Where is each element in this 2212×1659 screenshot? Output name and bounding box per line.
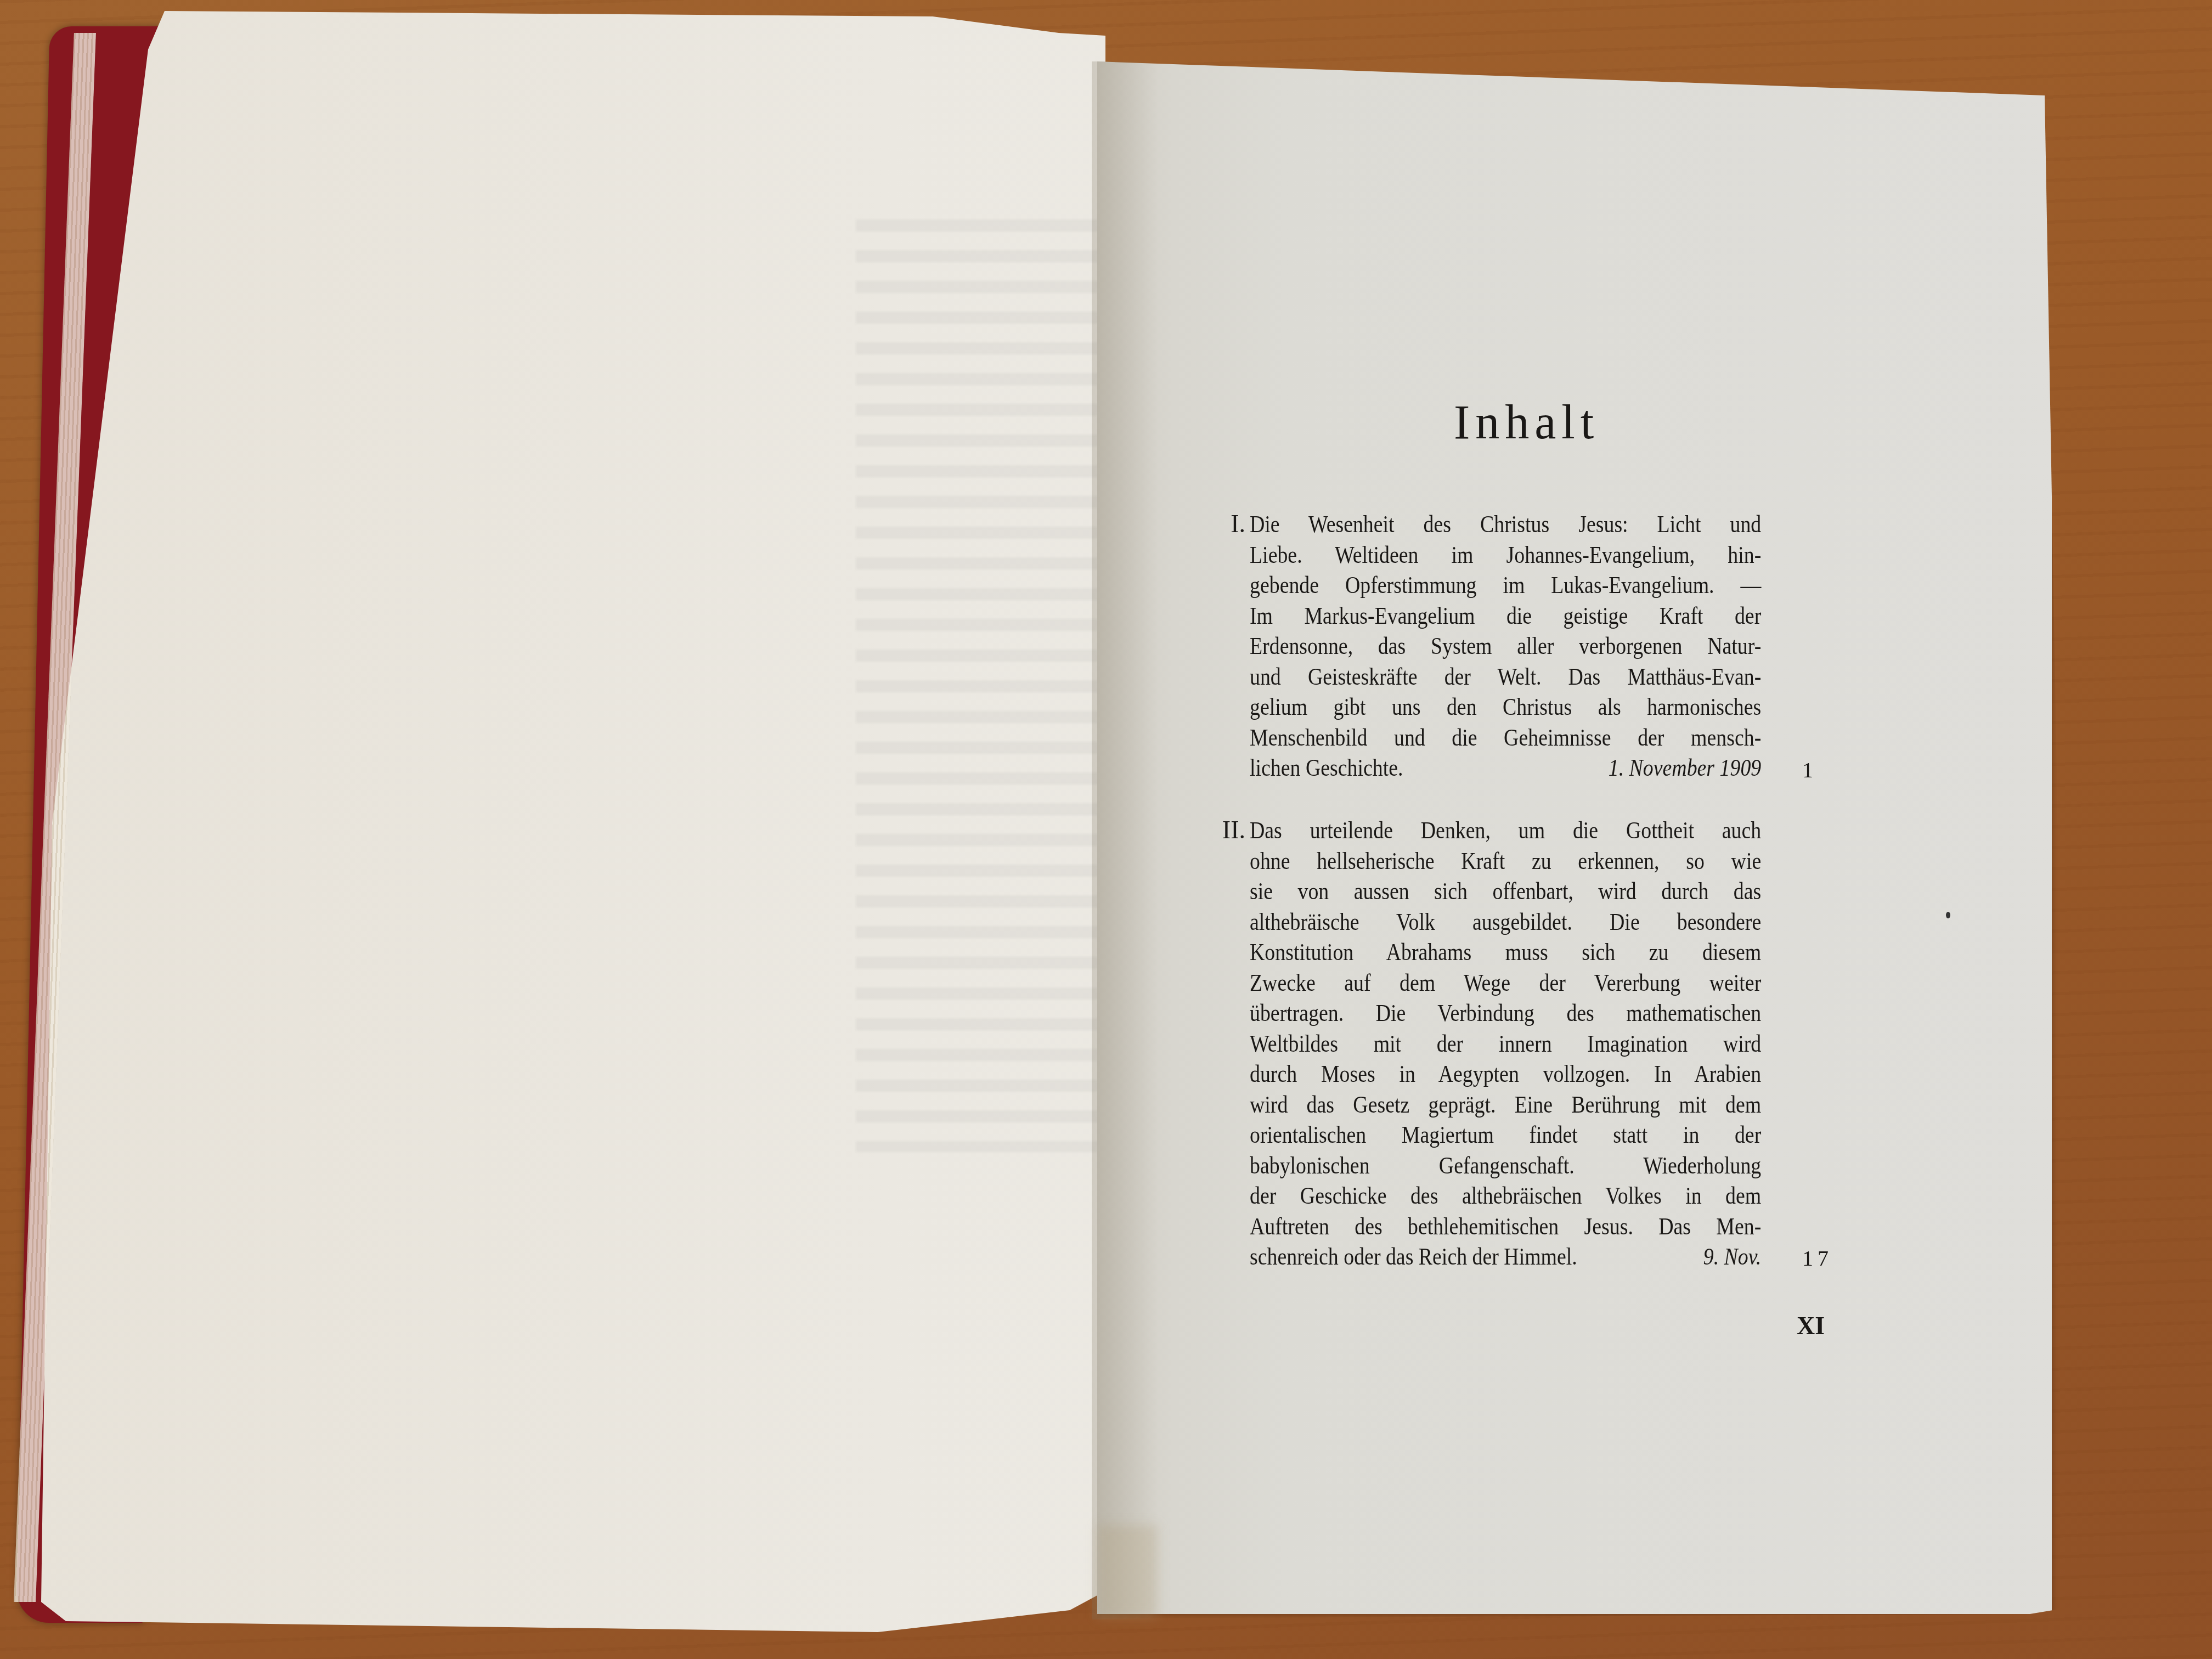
text-line: Liebe. Weltideen im Johannes-Evangelium,… (1250, 540, 1761, 571)
page-number: 17 (1802, 1245, 1833, 1271)
bleed-through-text (856, 219, 1108, 1152)
entry-text: Die Wesenheit des Christus Jesus: Licht … (1250, 509, 1761, 783)
lecture-date: 1. November 1909 (1609, 753, 1762, 783)
paper-speck (1946, 912, 1950, 918)
page-number: 1 (1802, 757, 1818, 783)
text-line: der Geschicke des althebräischen Volkes … (1250, 1181, 1761, 1211)
text-line: und Geisteskräfte der Welt. Das Matthäus… (1250, 662, 1761, 692)
text-line: Menschenbild und die Geheimnisse der men… (1250, 723, 1761, 753)
text-line: gebende Opferstimmung im Lukas-Evangeliu… (1250, 570, 1761, 601)
text-line-end: lichen Geschichte. (1250, 754, 1403, 781)
entry-number: II. (1190, 815, 1245, 844)
text-line: übertragen. Die Verbindung des mathemati… (1250, 998, 1761, 1029)
text-line: sie von aussen sich offenbart, wird durc… (1250, 876, 1761, 907)
entry-text: Das urteilende Denken, um die Gottheit a… (1250, 815, 1761, 1272)
text-line: gelium gibt uns den Christus als harmoni… (1250, 692, 1761, 723)
text-line: ohne hellseherische Kraft zu erkennen, s… (1250, 846, 1761, 877)
text-line: Im Markus-Evangelium die geistige Kraft … (1250, 601, 1761, 631)
page-stain (1097, 1525, 1158, 1618)
page-title: Inhalt (1454, 395, 1599, 450)
text-line: lichen Geschichte.1. November 1909 (1250, 753, 1761, 783)
text-line: schenreich oder das Reich der Himmel.9. … (1250, 1242, 1761, 1272)
folio-number: XI (1797, 1311, 1825, 1340)
text-line: Auftreten des bethlehemitischen Jesus. D… (1250, 1211, 1761, 1242)
text-line: Zwecke auf dem Wege der Vererbung weiter (1250, 968, 1761, 998)
text-line: althebräische Volk ausgebildet. Die beso… (1250, 907, 1761, 938)
text-line: Die Wesenheit des Christus Jesus: Licht … (1250, 509, 1761, 540)
lecture-date: 9. Nov. (1703, 1242, 1761, 1272)
text-line: Erdensonne, das System aller verborgenen… (1250, 631, 1761, 662)
text-line: Das urteilende Denken, um die Gottheit a… (1250, 815, 1761, 846)
text-line-end: schenreich oder das Reich der Himmel. (1250, 1243, 1577, 1270)
text-line: orientalischen Magiertum findet statt in… (1250, 1120, 1761, 1150)
text-line: Konstitution Abrahams muss sich zu diese… (1250, 937, 1761, 968)
entry-number: I. (1190, 509, 1245, 538)
text-line: babylonischen Gefangenschaft. Wiederholu… (1250, 1150, 1761, 1181)
text-line: wird das Gesetz geprägt. Eine Berührung … (1250, 1090, 1761, 1120)
text-line: durch Moses in Aegypten vollzogen. In Ar… (1250, 1059, 1761, 1090)
text-line: Weltbildes mit der innern Imagination wi… (1250, 1029, 1761, 1059)
spine-shadow (1092, 61, 1158, 1620)
